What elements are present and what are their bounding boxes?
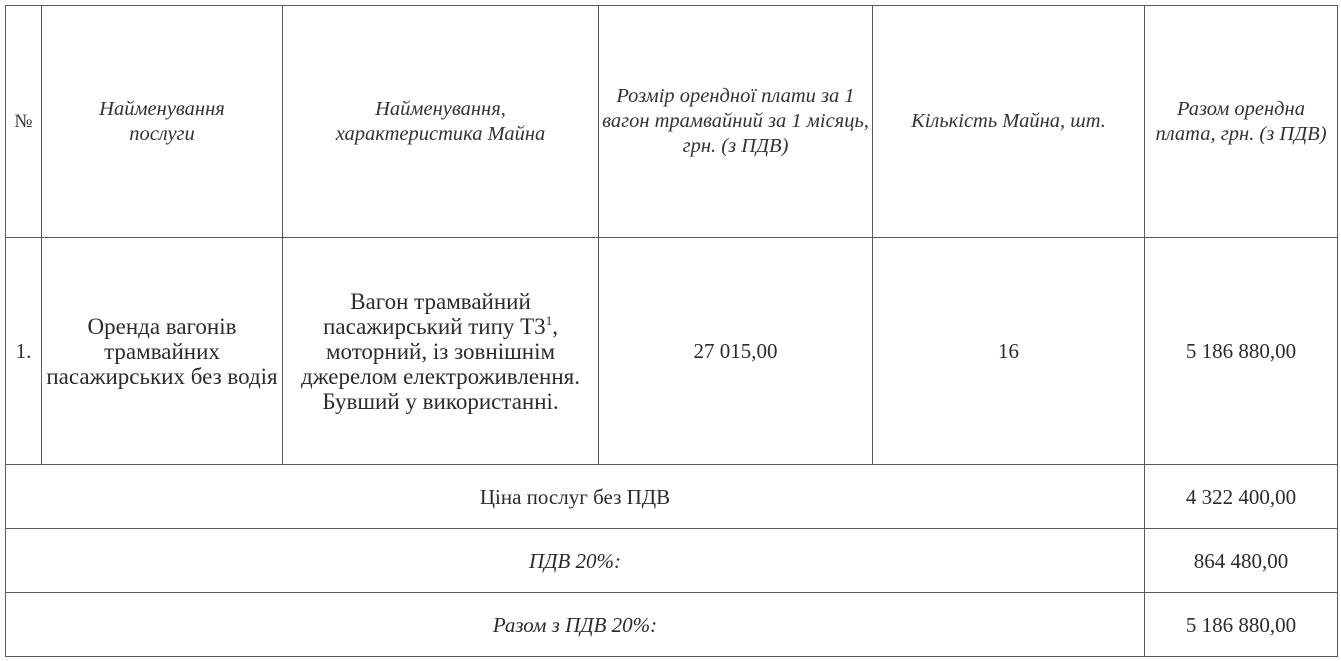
- row-rent-per-unit: 27 015,00: [599, 238, 873, 465]
- header-quantity: Кількість Майна, шт.: [873, 6, 1145, 238]
- table-header-row: № Найменування послуги Найменування, хар…: [6, 6, 1338, 238]
- vat-label: ПДВ 20%:: [6, 529, 1145, 593]
- header-total-rent: Разом орендна плата, грн. (з ПДВ): [1145, 6, 1338, 238]
- header-service-name: Найменування послуги: [42, 6, 283, 238]
- subtotal-value: 4 322 400,00: [1145, 465, 1338, 529]
- row-service-name: Оренда вагонів трамвайних пасажирських б…: [42, 238, 283, 465]
- header-rent-per-unit: Розмір орендної плати за 1 вагон трамвай…: [599, 6, 873, 238]
- property-name-text: Вагон трамвайний пасажирський типу Т3: [323, 289, 546, 339]
- rental-price-table: № Найменування послуги Найменування, хар…: [5, 5, 1338, 657]
- total-with-vat-label: Разом з ПДВ 20%:: [6, 593, 1145, 657]
- header-property-name: Найменування, характеристика Майна: [283, 6, 599, 238]
- row-quantity: 16: [873, 238, 1145, 465]
- table-row: 1. Оренда вагонів трамвайних пасажирськи…: [6, 238, 1338, 465]
- summary-row-total: Разом з ПДВ 20%: 5 186 880,00: [6, 593, 1338, 657]
- row-property-name: Вагон трамвайний пасажирський типу Т31, …: [283, 238, 599, 465]
- vat-value: 864 480,00: [1145, 529, 1338, 593]
- subtotal-label: Ціна послуг без ПДВ: [6, 465, 1145, 529]
- summary-row-vat: ПДВ 20%: 864 480,00: [6, 529, 1338, 593]
- summary-row-subtotal: Ціна послуг без ПДВ 4 322 400,00: [6, 465, 1338, 529]
- header-number: №: [6, 6, 42, 238]
- total-with-vat-value: 5 186 880,00: [1145, 593, 1338, 657]
- row-number: 1.: [6, 238, 42, 465]
- row-total-rent: 5 186 880,00: [1145, 238, 1338, 465]
